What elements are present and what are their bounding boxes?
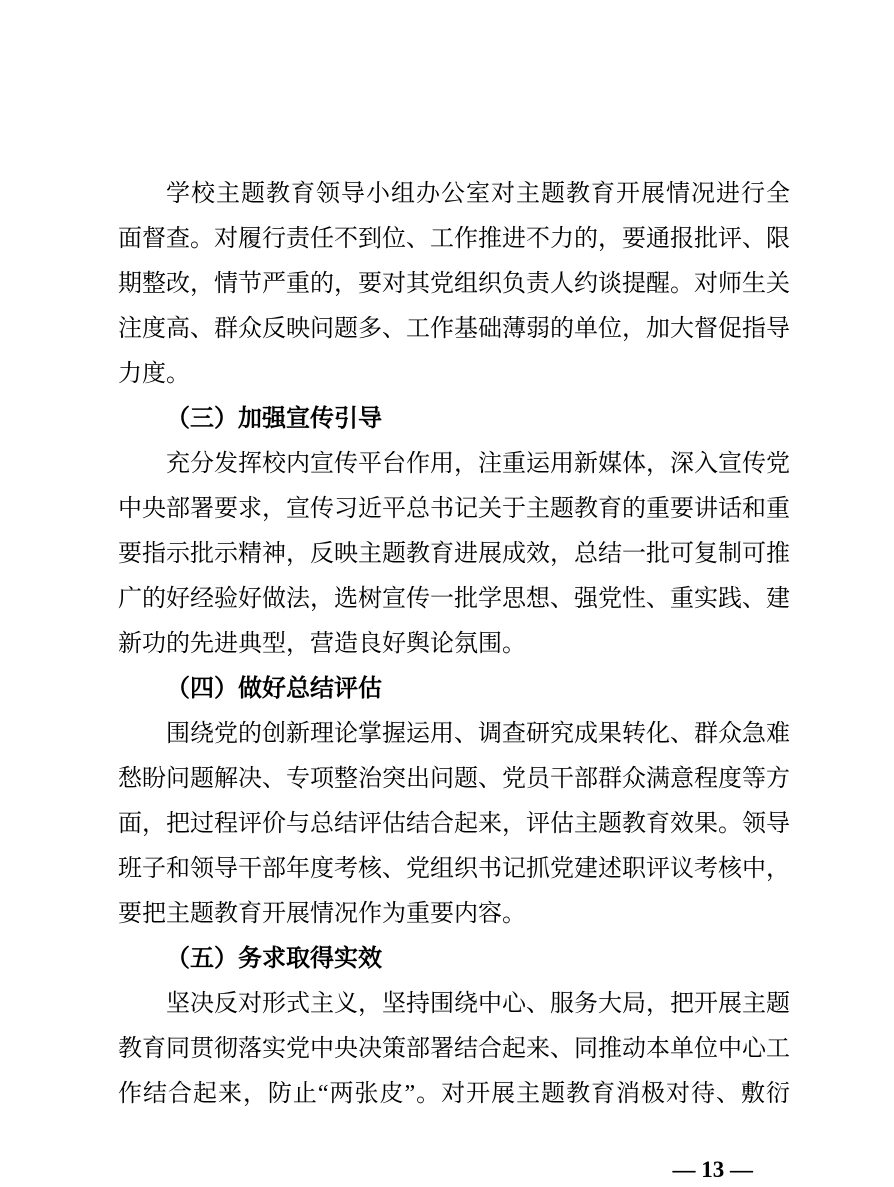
paragraph-line: 教育同贯彻落实党中央决策部署结合起来、同推动本单位中心工 — [118, 1027, 790, 1072]
document-body: 学校主题教育领导小组办公室对主题教育开展情况进行全面督查。对履行责任不到位、工作… — [118, 172, 790, 1117]
paragraph-line: 围绕党的创新理论掌握运用、调查研究成果转化、群众急难 — [118, 712, 790, 757]
section-heading: （四）做好总结评估 — [118, 667, 790, 712]
paragraph-line: 面督查。对履行责任不到位、工作推进不力的，要通报批评、限 — [118, 217, 790, 262]
paragraph-line: 注度高、群众反映问题多、工作基础薄弱的单位，加大督促指导 — [118, 307, 790, 352]
paragraph-line: 中央部署要求，宣传习近平总书记关于主题教育的重要讲话和重 — [118, 487, 790, 532]
document-page: 学校主题教育领导小组办公室对主题教育开展情况进行全面督查。对履行责任不到位、工作… — [0, 0, 894, 1187]
paragraph-line: 班子和领导干部年度考核、党组织书记抓党建述职评议考核中， — [118, 847, 790, 892]
paragraph-line: 要把主题教育开展情况作为重要内容。 — [118, 892, 790, 937]
paragraph-line: 要指示批示精神，反映主题教育进展成效，总结一批可复制可推 — [118, 532, 790, 577]
paragraph-line: 力度。 — [118, 352, 790, 397]
paragraph-line: 期整改，情节严重的，要对其党组织负责人约谈提醒。对师生关 — [118, 262, 790, 307]
paragraph-line: 坚决反对形式主义，坚持围绕中心、服务大局，把开展主题 — [118, 982, 790, 1027]
paragraph-line: 新功的先进典型，营造良好舆论氛围。 — [118, 622, 790, 667]
paragraph-line: 愁盼问题解决、专项整治突出问题、党员干部群众满意程度等方 — [118, 757, 790, 802]
paragraph-line: 面，把过程评价与总结评估结合起来，评估主题教育效果。领导 — [118, 802, 790, 847]
paragraph-line: 作结合起来，防止“两张皮”。对开展主题教育消极对待、敷衍 — [118, 1072, 790, 1117]
paragraph-line: 学校主题教育领导小组办公室对主题教育开展情况进行全 — [118, 172, 790, 217]
section-heading: （三）加强宣传引导 — [118, 397, 790, 442]
section-heading: （五）务求取得实效 — [118, 937, 790, 982]
paragraph-line: 充分发挥校内宣传平台作用，注重运用新媒体，深入宣传党 — [118, 442, 790, 487]
paragraph-line: 广的好经验好做法，选树宣传一批学思想、强党性、重实践、建 — [118, 577, 790, 622]
page-number: — 13 — — [673, 1155, 754, 1185]
